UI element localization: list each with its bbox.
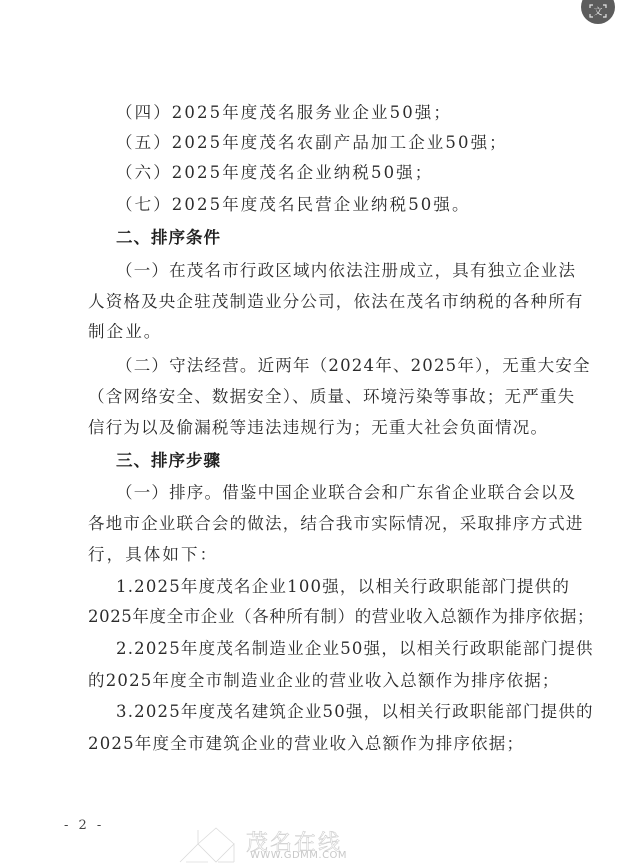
section-heading-steps: 三、排序步骤 — [116, 450, 221, 472]
translate-icon: 文 — [589, 4, 607, 18]
paragraph-line: 行，具体如下： — [88, 544, 548, 566]
paragraph-line: 2.2025年度茂名制造业企业50强，以相关行政职能部门提供 — [116, 638, 576, 660]
list-item-5: （五）2025年度茂名农副产品加工企业50强； — [116, 132, 576, 154]
paragraph-line: 2025年度全市企业（各种所有制）的营业收入总额作为排序依据； — [88, 606, 548, 628]
paragraph-line: （一）排序。借鉴中国企业联合会和广东省企业联合会以及 — [116, 482, 576, 504]
paragraph-line: 1.2025年度茂名企业100强，以相关行政职能部门提供的 — [116, 576, 576, 598]
list-item-7: （七）2025年度茂名民营企业纳税50强。 — [116, 194, 576, 216]
paragraph-line: 人资格及央企驻茂制造业分公司，依法在茂名市纳税的各种所有 — [88, 291, 548, 313]
paragraph-line: （含网络安全、数据安全）、质量、环境污染等事故；无严重失 — [88, 386, 548, 408]
list-item-4: （四）2025年度茂名服务业企业50强； — [116, 102, 576, 124]
svg-text:文: 文 — [593, 6, 602, 18]
paragraph-line: 的2025年度全市制造业企业的营业收入总额作为排序依据； — [88, 670, 548, 692]
paragraph-line: （一）在茂名市行政区域内依法注册成立，具有独立企业法 — [116, 260, 576, 282]
paragraph-line: 2025年度全市建筑企业的营业收入总额作为排序依据； — [88, 733, 548, 755]
translate-button[interactable]: 文 — [581, 0, 615, 24]
paragraph-line: 信行为以及偷漏税等违法违规行为；无重大社会负面情况。 — [88, 417, 548, 439]
page-number: - 2 - — [64, 818, 104, 833]
paragraph-line: （二）守法经营。近两年（2024年、2025年），无重大安全 — [116, 355, 576, 377]
watermark-url: WWW.GDMM.COM — [250, 850, 347, 861]
paragraph-line: 各地市企业联合会的做法，结合我市实际情况，采取排序方式进 — [88, 513, 548, 535]
document-page: （四）2025年度茂名服务业企业50强； （五）2025年度茂名农副产品加工企业… — [0, 0, 629, 868]
paragraph-line: 3.2025年度茂名建筑企业50强，以相关行政职能部门提供的 — [116, 701, 576, 723]
list-item-6: （六）2025年度茂名企业纳税50强； — [116, 162, 576, 184]
section-heading-conditions: 二、排序条件 — [116, 227, 221, 249]
paragraph-line: 制企业。 — [88, 321, 548, 343]
